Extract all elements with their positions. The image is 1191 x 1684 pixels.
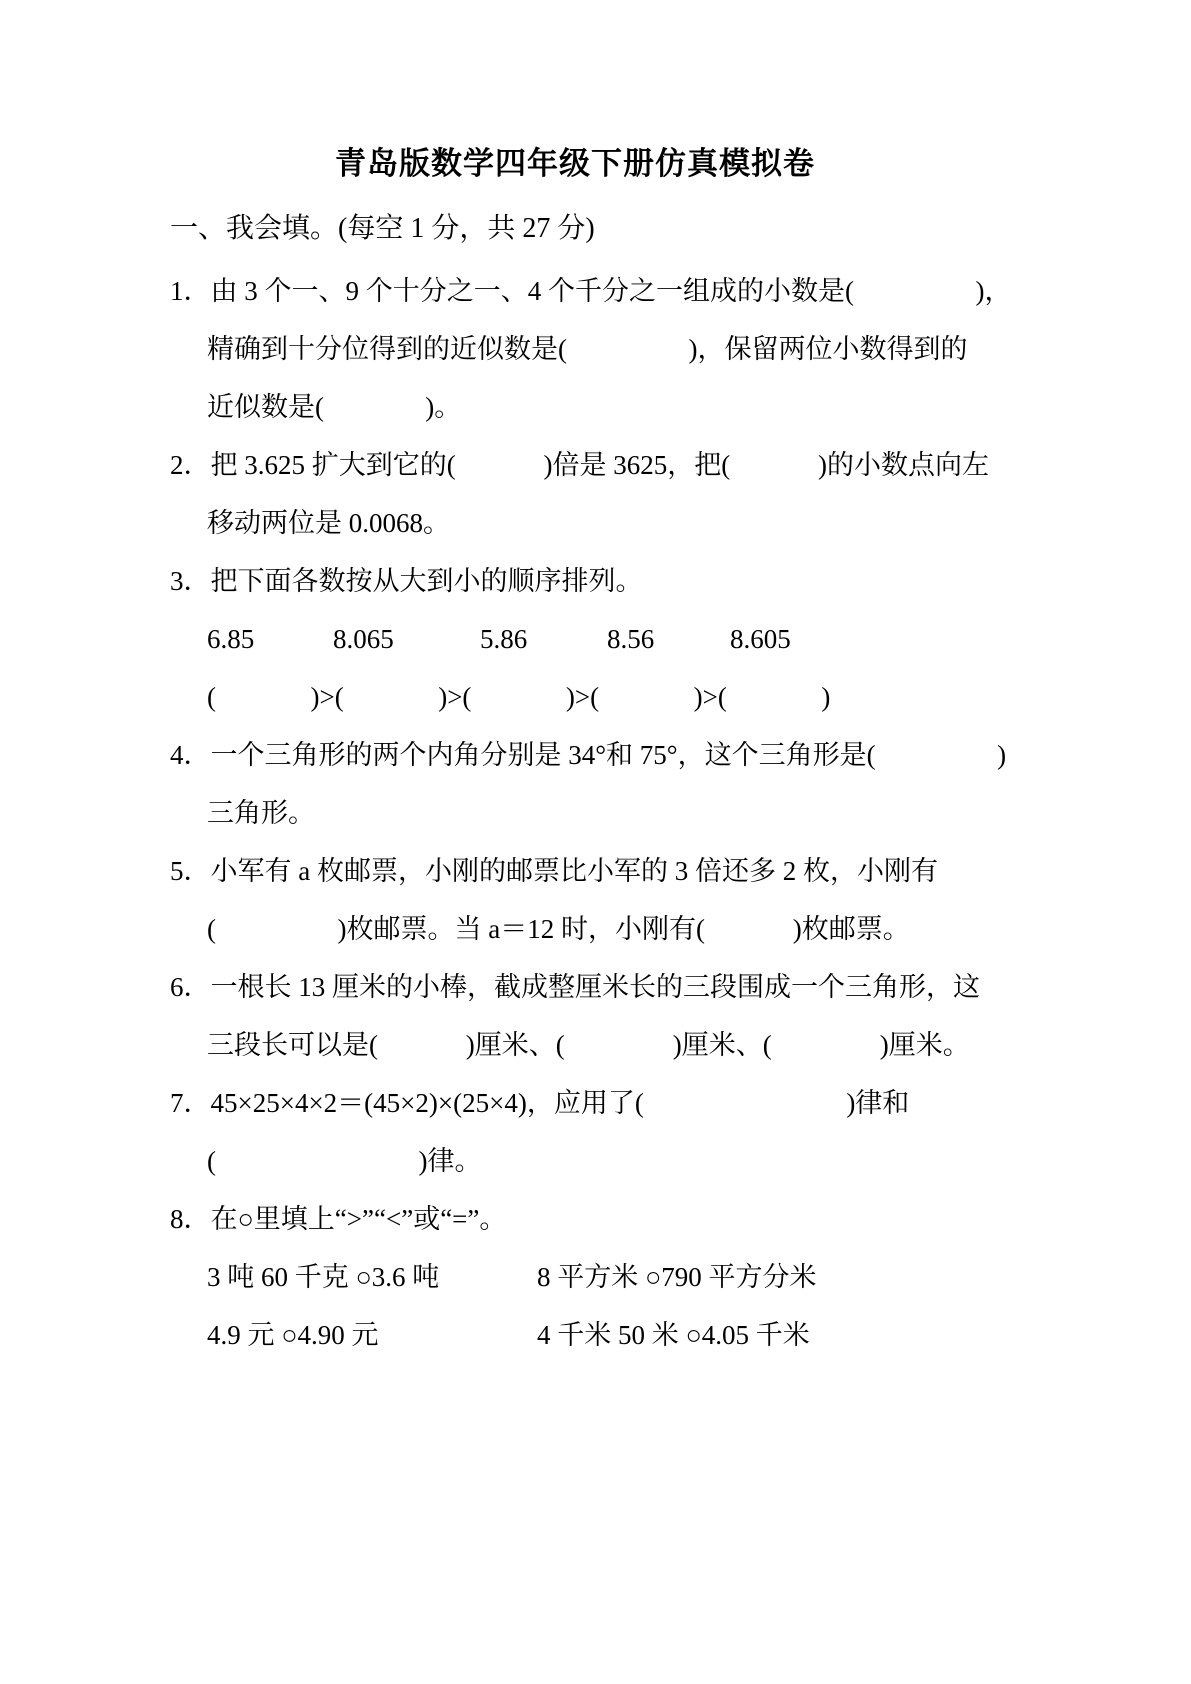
question-3-number-2: 8.065 <box>333 610 394 668</box>
question-4-line-2: 三角形。 <box>170 784 980 842</box>
question-2-line-1: 2．把 3.625 扩大到它的( )倍是 3625，把( )的小数点向左 <box>170 436 980 494</box>
question-8-comparison-row-1: 3 吨 60 千克 ○3.6 吨 8 平方米 ○790 平方分米 <box>170 1248 980 1306</box>
question-8-comparison-2-right: 4 千米 50 米 ○4.05 千米 <box>537 1306 810 1364</box>
section-heading: 一、我会填。(每空 1 分，共 27 分) <box>170 208 980 250</box>
question-3-order-row: ( )>( )>( )>( )>( ) <box>170 668 980 726</box>
question-1-line-3: 近似数是( )。 <box>170 378 980 436</box>
question-3-number-4: 8.56 <box>607 610 654 668</box>
question-2-line-2: 移动两位是 0.0068。 <box>170 494 980 552</box>
question-8-comparison-2-left: 4.9 元 ○4.90 元 <box>207 1306 537 1364</box>
question-list: 1．由 3 个一、9 个十分之一、4 个千分之一组成的小数是( )， 精确到十分… <box>170 262 980 1364</box>
question-8-comparison-row-2: 4.9 元 ○4.90 元 4 千米 50 米 ○4.05 千米 <box>170 1306 980 1364</box>
question-4-line-1: 4．一个三角形的两个内角分别是 34°和 75°，这个三角形是( ) <box>170 726 980 784</box>
question-8-comparison-1-right: 8 平方米 ○790 平方分米 <box>537 1248 817 1306</box>
question-1-line-1: 1．由 3 个一、9 个十分之一、4 个千分之一组成的小数是( )， <box>170 262 980 320</box>
question-7-line-2: ( )律。 <box>170 1132 980 1190</box>
question-3-number-3: 5.86 <box>480 610 527 668</box>
worksheet-content: 青岛版数学四年级下册仿真模拟卷 一、我会填。(每空 1 分，共 27 分) 1．… <box>170 0 980 1364</box>
question-6-line-2: 三段长可以是( )厘米、( )厘米、( )厘米。 <box>170 1016 980 1074</box>
worksheet-title: 青岛版数学四年级下册仿真模拟卷 <box>170 144 980 184</box>
question-3-number-1: 6.85 <box>207 610 254 668</box>
worksheet-page: 青岛版数学四年级下册仿真模拟卷 一、我会填。(每空 1 分，共 27 分) 1．… <box>0 0 1191 1684</box>
question-1-line-2: 精确到十分位得到的近似数是( )，保留两位小数得到的 <box>170 320 980 378</box>
question-3-numbers-row: 6.85 8.065 5.86 8.56 8.605 <box>170 610 980 668</box>
question-8-intro: 8．在○里填上“>”“<”或“=”。 <box>170 1190 980 1248</box>
question-3-number-5: 8.605 <box>730 610 791 668</box>
question-8-comparison-1-left: 3 吨 60 千克 ○3.6 吨 <box>207 1248 537 1306</box>
question-5-line-2: ( )枚邮票。当 a＝12 时，小刚有( )枚邮票。 <box>170 900 980 958</box>
question-5-line-1: 5．小军有 a 枚邮票，小刚的邮票比小军的 3 倍还多 2 枚，小刚有 <box>170 842 980 900</box>
question-7-line-1: 7．45×25×4×2＝(45×2)×(25×4)，应用了( )律和 <box>170 1074 980 1132</box>
question-6-line-1: 6．一根长 13 厘米的小棒，截成整厘米长的三段围成一个三角形，这 <box>170 958 980 1016</box>
question-3-intro: 3．把下面各数按从大到小的顺序排列。 <box>170 552 980 610</box>
